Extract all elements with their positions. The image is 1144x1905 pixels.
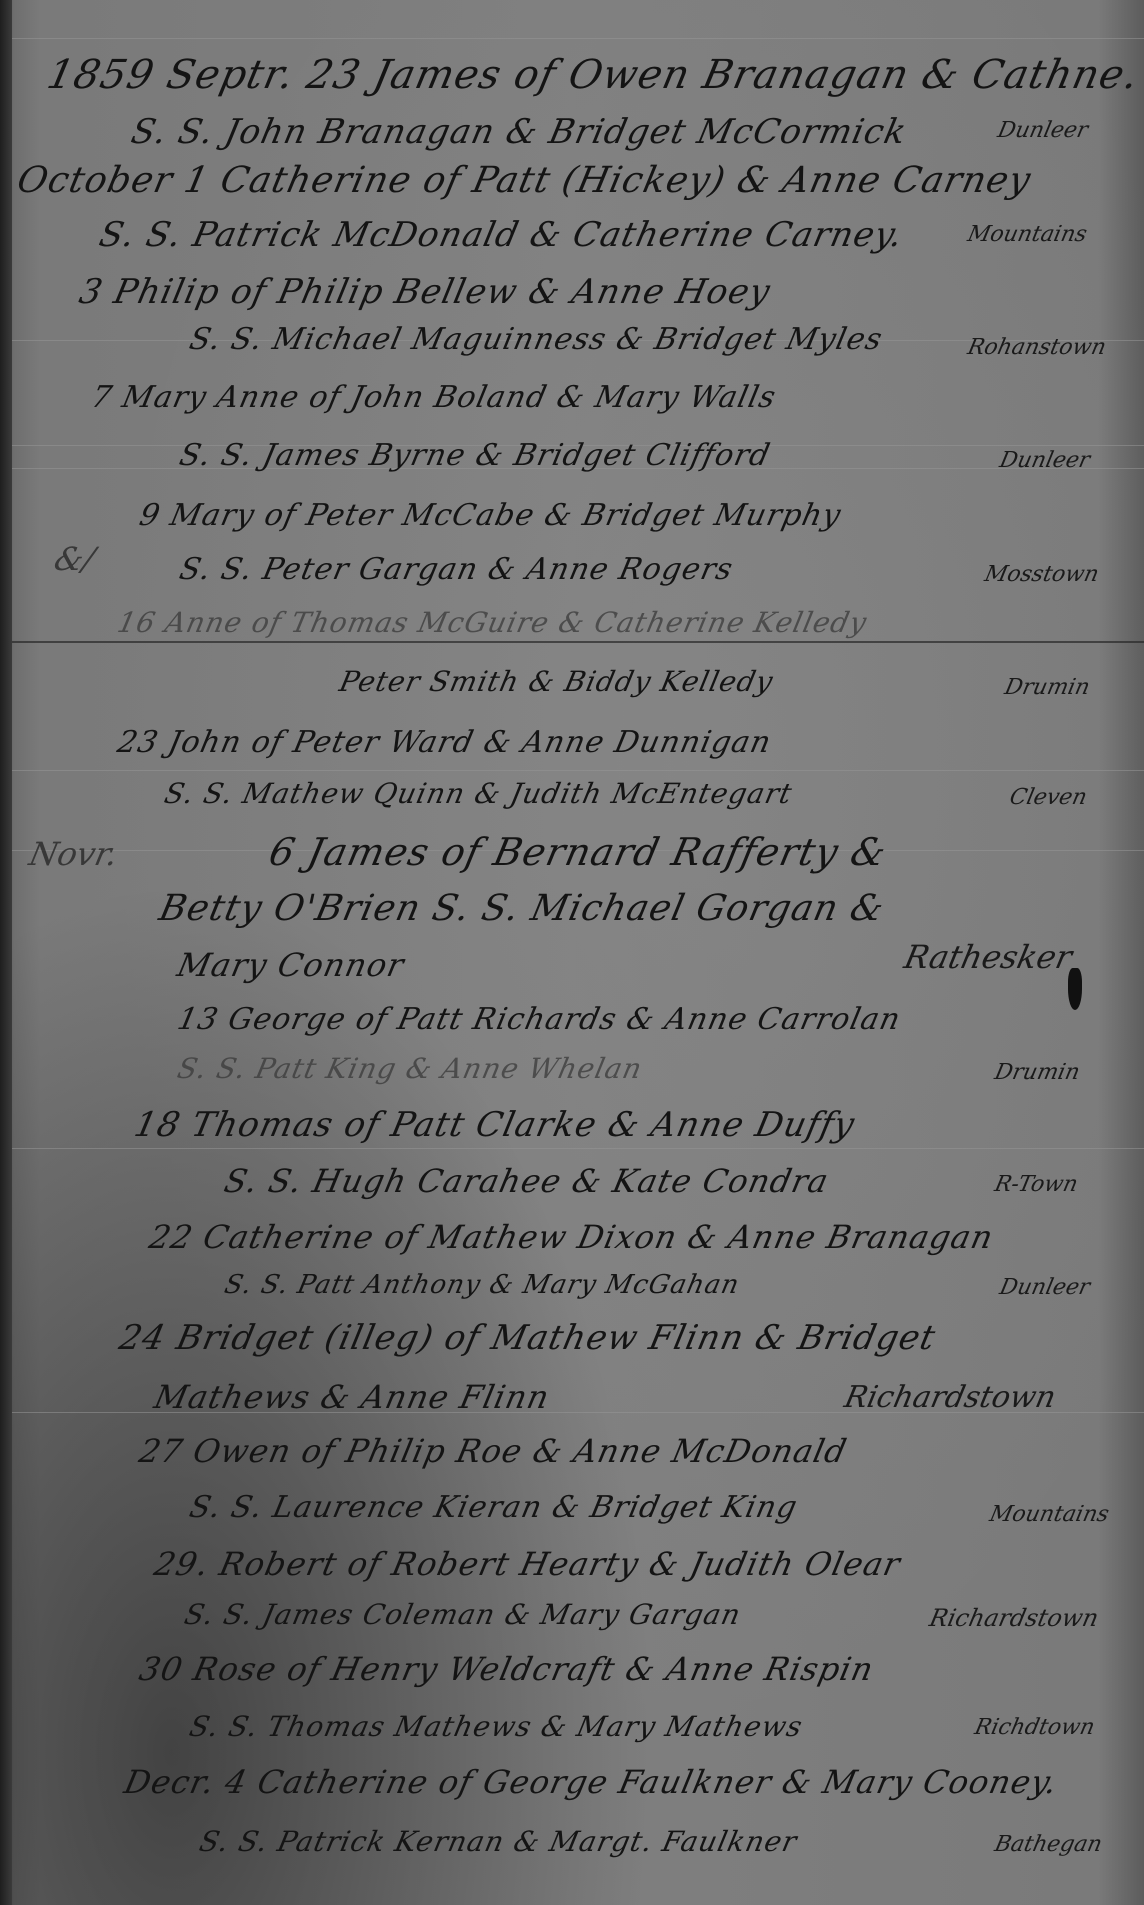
entry-line: 16 Anne of Thomas McGuire & Catherine Ke… <box>114 606 870 639</box>
place-of-abode: Dunleer <box>997 448 1092 473</box>
sponsors-line: S. S. Mathew Quinn & Judith McEntegart <box>161 777 795 810</box>
ruled-line <box>12 770 1144 771</box>
book-spine-shadow <box>0 0 12 1905</box>
entry-line: 6 James of Bernard Rafferty & <box>265 830 890 874</box>
sponsors-line: S. S. Hugh Carahee & Kate Condra <box>221 1162 833 1200</box>
entry-line: 24 Bridget (illeg) of Mathew Flinn & Bri… <box>116 1318 940 1358</box>
place-of-abode: Richdtown <box>972 1715 1097 1740</box>
sponsors-line: Mathews & Anne Flinn <box>151 1378 553 1416</box>
entry-line: Betty O'Brien S. S. Michael Gorgan & <box>156 888 889 929</box>
place-of-abode: Bathegan <box>992 1832 1104 1857</box>
sponsors-line: S. S. Laurence Kieran & Bridget King <box>186 1490 801 1525</box>
place-of-abode: Drumin <box>1002 675 1092 700</box>
ruled-line <box>12 641 1144 643</box>
place-of-abode: Mountains <box>965 222 1089 247</box>
entry-line: 30 Rose of Henry Weldcraft & Anne Rispin <box>136 1650 877 1688</box>
place-of-abode: R-Town <box>992 1172 1080 1197</box>
entry-line: 9 Mary of Peter McCabe & Bridget Murphy <box>136 498 844 533</box>
entry-line: 27 Owen of Philip Roe & Anne McDonald <box>136 1432 851 1470</box>
sponsors-line: S. S. Patrick Kernan & Margt. Faulkner <box>196 1825 800 1858</box>
entry-line: 13 George of Patt Richards & Anne Carrol… <box>174 1002 904 1037</box>
place-of-abode: Rohanstown <box>965 335 1108 360</box>
entry-line: Decr. 4 Catherine of George Faulkner & M… <box>121 1763 1061 1801</box>
ink-blot <box>1068 968 1082 1010</box>
place-of-abode: Dunleer <box>997 1275 1092 1300</box>
entry-line: 7 Mary Anne of John Boland & Mary Walls <box>88 380 779 415</box>
sponsors-line: S. S. Patrick McDonald & Catherine Carne… <box>96 215 907 255</box>
sponsors-line: Mary Connor <box>174 946 408 984</box>
register-page: 1859 Septr. 23 James of Owen Branagan & … <box>0 0 1144 1905</box>
entry-line: October 1 Catherine of Patt (Hickey) & A… <box>14 160 1035 201</box>
entry-line: 23 John of Peter Ward & Anne Dunnigan <box>114 725 774 760</box>
sponsors-line: S. S. James Byrne & Bridget Clifford <box>176 438 773 473</box>
place-of-abode: Dunleer <box>995 118 1090 143</box>
place-of-abode: Drumin <box>992 1060 1082 1085</box>
sponsors-line: S. S. John Branagan & Bridget McCormick <box>128 112 911 152</box>
entry-line: 18 Thomas of Patt Clarke & Anne Duffy <box>131 1105 859 1145</box>
sponsors-line: S. S. James Coleman & Mary Gargan <box>181 1598 744 1631</box>
place-of-abode: Richardstown <box>927 1604 1101 1632</box>
place-of-abode: Mountains <box>987 1502 1111 1527</box>
ruled-line <box>12 38 1144 39</box>
sponsors-line: S. S. Patt Anthony & Mary McGahan <box>222 1270 743 1300</box>
sponsors-line: S. S. Thomas Mathews & Mary Mathews <box>186 1710 805 1743</box>
entry-line: 22 Catherine of Mathew Dixon & Anne Bran… <box>146 1218 997 1256</box>
place-of-abode: Richardstown <box>841 1380 1059 1415</box>
sponsors-line: S. S. Peter Gargan & Anne Rogers <box>176 552 736 587</box>
entry-line: 3 Philip of Philip Bellew & Anne Hoey <box>76 272 774 312</box>
margin-month: Novr. <box>26 835 121 873</box>
entry-line: 29. Robert of Robert Hearty & Judith Ole… <box>151 1545 904 1583</box>
place-of-abode: Mosstown <box>982 562 1101 587</box>
margin-mark: &/ <box>51 540 98 578</box>
ruled-line <box>12 1148 1144 1149</box>
sponsors-line: S. S. Michael Maguinness & Bridget Myles <box>186 322 886 357</box>
place-of-abode: Rathesker <box>901 938 1075 976</box>
sponsors-line: Peter Smith & Biddy Kelledy <box>336 665 776 698</box>
place-of-abode: Cleven <box>1007 785 1089 810</box>
entry-line: 1859 Septr. 23 James of Owen Branagan & … <box>43 52 1144 98</box>
sponsors-line: S. S. Patt King & Anne Whelan <box>174 1052 645 1085</box>
